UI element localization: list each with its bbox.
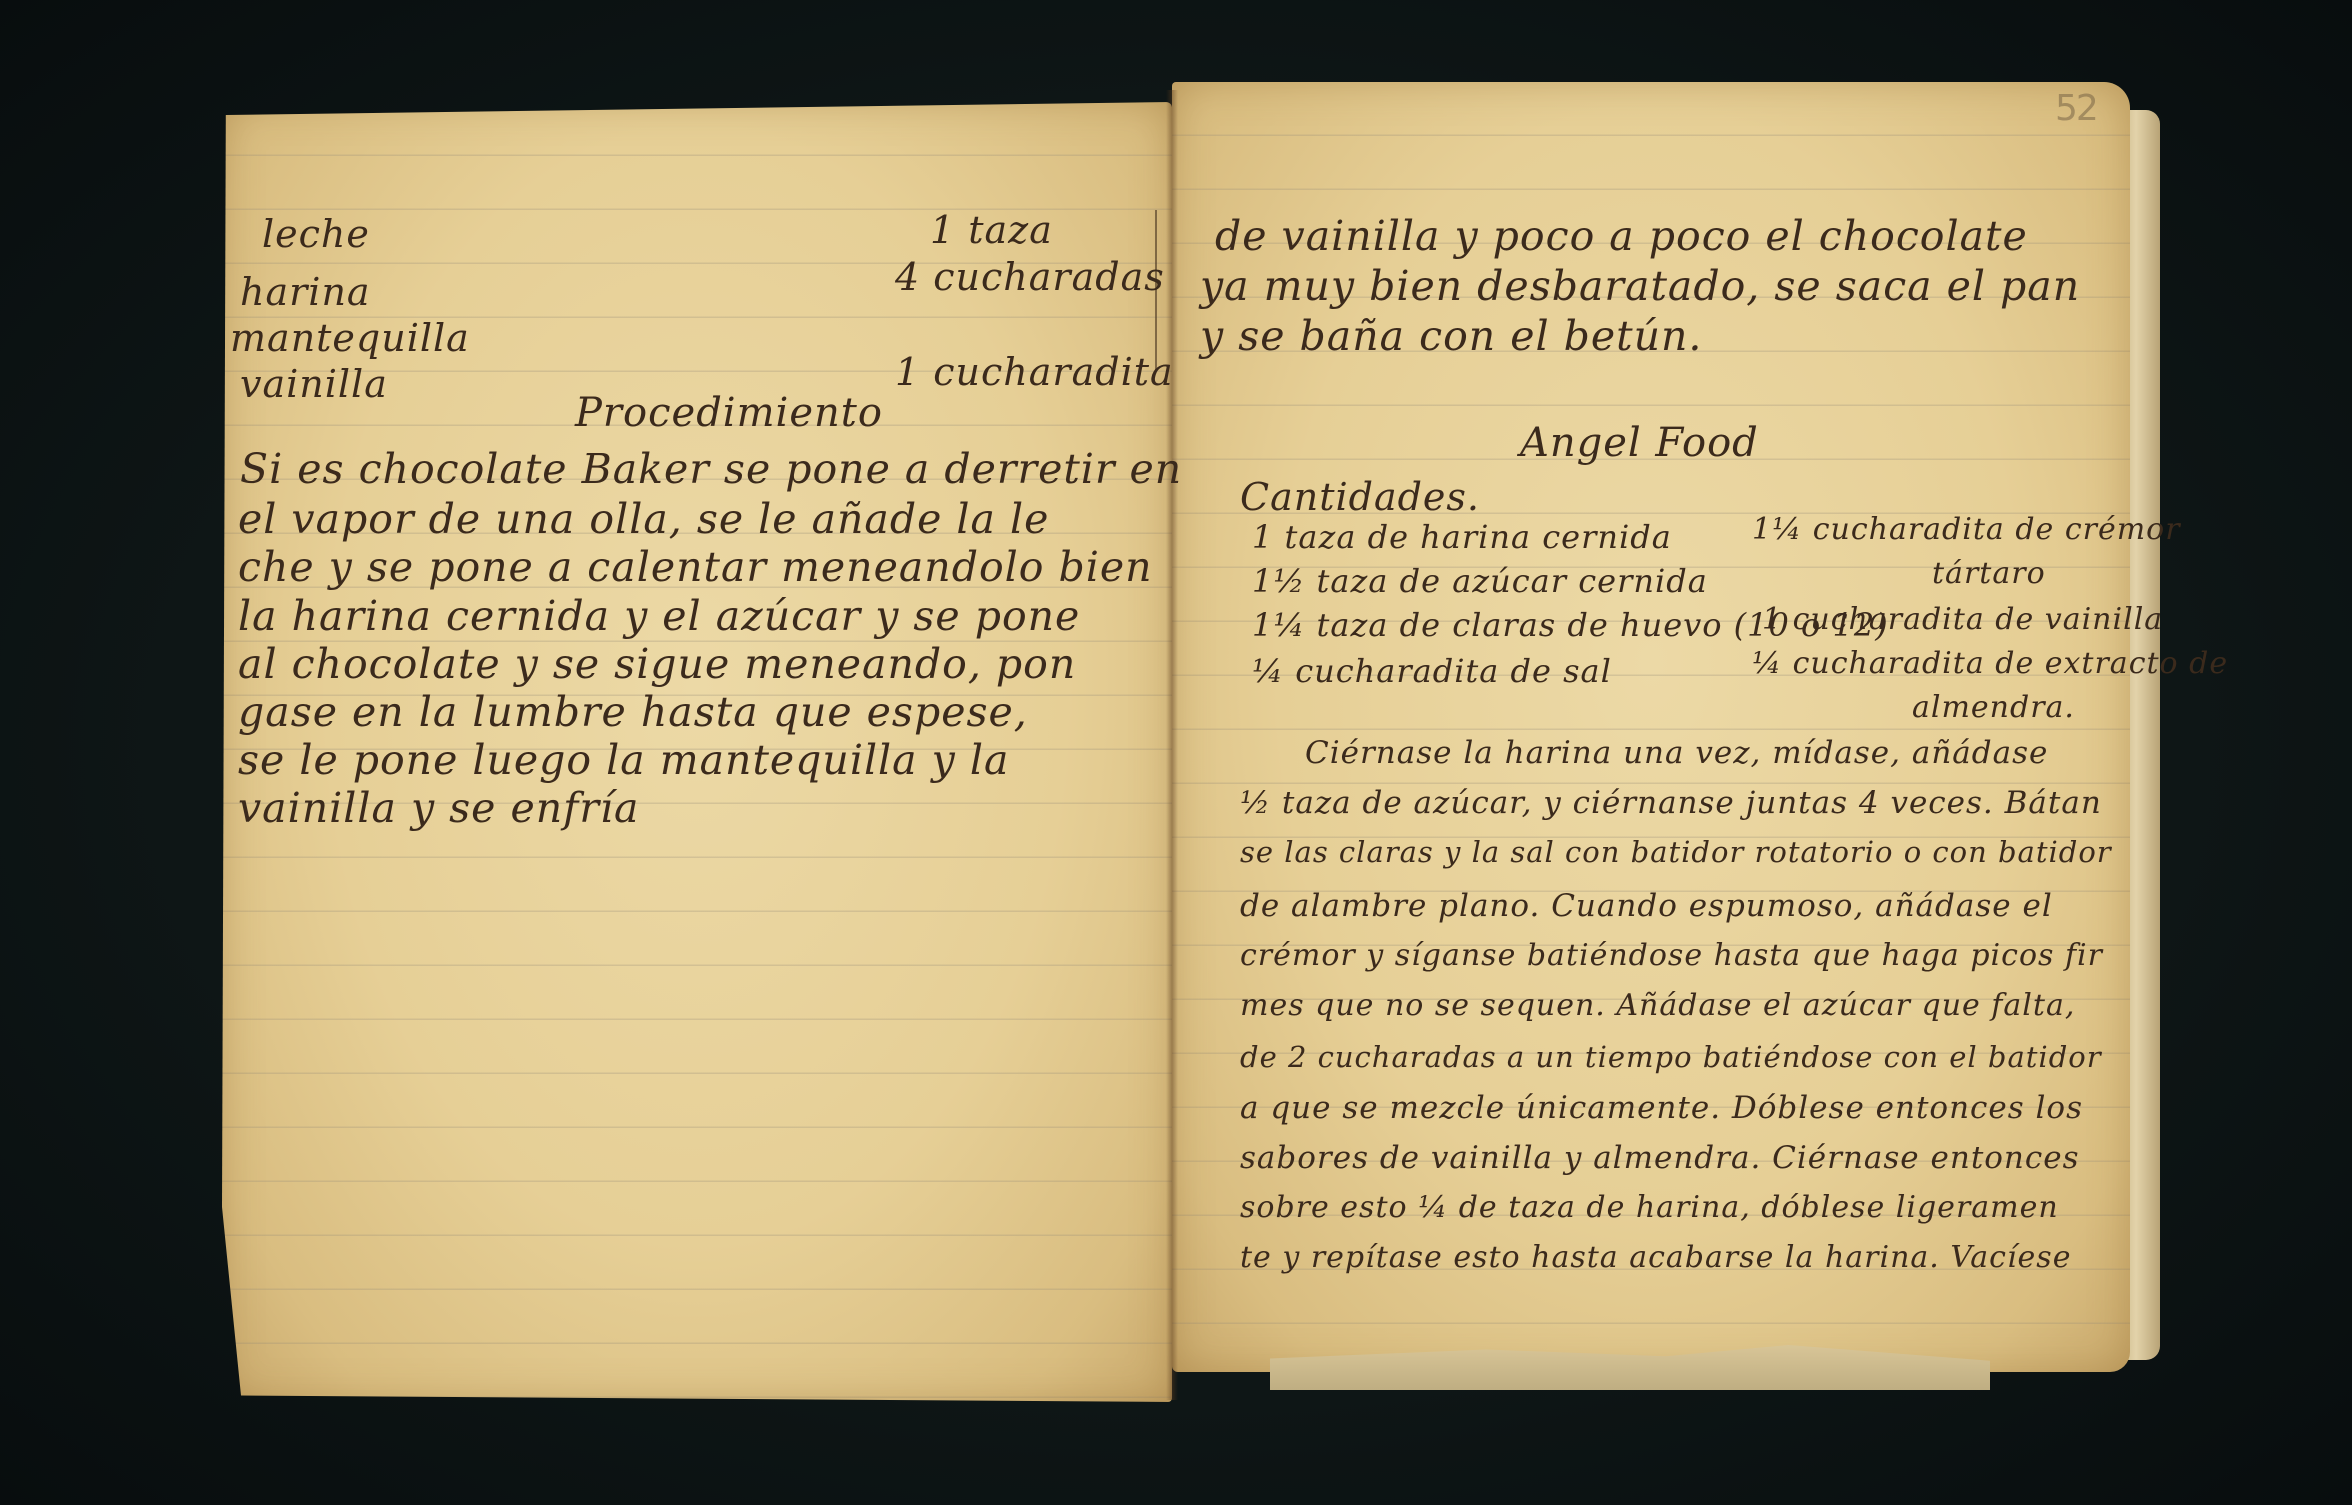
quantity-item: 1½ taza de azúcar cernida <box>1252 562 1708 600</box>
open-notebook: 52 leche 1 taza harina 4 cucharadas mant… <box>0 0 2352 1505</box>
procedure-line: se le pone luego la mantequilla y la <box>238 736 1009 784</box>
ingredient-name: mantequilla <box>230 316 470 360</box>
quantity-item: tártaro <box>1932 556 2046 591</box>
ingredient-quantity: 1 taza <box>930 208 1053 252</box>
instruction-line: se las claras y la sal con batidor rotat… <box>1240 835 2112 869</box>
page-number: 52 <box>2055 88 2097 129</box>
quantities-heading: Cantidades. <box>1240 475 1480 519</box>
ingredient-name: vainilla <box>240 362 388 406</box>
quantity-item: 1 cucharadita de vainilla <box>1762 602 2163 637</box>
continuation-line: de vainilla y poco a poco el chocolate <box>1215 212 2028 260</box>
procedure-line: la harina cernida y el azúcar y se pone <box>238 592 1080 640</box>
procedure-line: Si es chocolate Baker se pone a derretir… <box>240 445 1182 493</box>
instruction-line: de alambre plano. Cuando espumoso, añáda… <box>1240 888 2053 924</box>
quantity-item: ¼ cucharadita de extracto de <box>1752 646 2228 681</box>
instruction-line: te y repítase esto hasta acabarse la har… <box>1240 1240 2071 1275</box>
procedure-line: vainilla y se enfría <box>238 784 639 832</box>
ingredient-name: harina <box>240 270 371 314</box>
instruction-line: mes que no se sequen. Añádase el azúcar … <box>1240 988 2075 1023</box>
instruction-line: ½ taza de azúcar, y ciérnanse juntas 4 v… <box>1240 785 2102 821</box>
ingredient-name: leche <box>262 212 370 256</box>
instruction-line: de 2 cucharadas a un tiempo batiéndose c… <box>1240 1040 2102 1074</box>
recipe-title: Angel Food <box>1520 420 1759 466</box>
quantity-item: ¼ cucharadita de sal <box>1252 652 1612 690</box>
continuation-line: y se baña con el betún. <box>1200 312 1702 360</box>
instruction-line: crémor y síganse batiéndose hasta que ha… <box>1240 938 2103 973</box>
ingredient-quantity: 4 cucharadas <box>895 255 1165 299</box>
instruction-line: sobre esto ¼ de taza de harina, dóblese … <box>1240 1190 2059 1225</box>
book-spine <box>1166 90 1178 1400</box>
procedure-line: gase en la lumbre hasta que espese, <box>238 688 1028 736</box>
procedure-line: el vapor de una olla, se le añade la le <box>238 495 1049 543</box>
procedure-line: che y se pone a calentar meneandolo bien <box>238 543 1153 591</box>
instruction-line: a que se mezcle únicamente. Dóblese ento… <box>1240 1090 2083 1126</box>
quantity-item: almendra. <box>1912 690 2075 725</box>
instruction-line: Ciérnase la harina una vez, mídase, añád… <box>1305 735 2048 771</box>
quantity-item: 1¼ cucharadita de crémor <box>1752 512 2181 547</box>
continuation-line: ya muy bien desbaratado, se saca el pan <box>1200 262 2080 310</box>
procedure-line: al chocolate y se sigue meneando, pon <box>238 640 1076 688</box>
procedure-heading: Procedimiento <box>575 390 883 436</box>
ingredient-quantity: 1 cucharadita <box>895 350 1174 394</box>
quantity-item: 1 taza de harina cernida <box>1252 518 1672 556</box>
instruction-line: sabores de vainilla y almendra. Ciérnase… <box>1240 1140 2080 1176</box>
